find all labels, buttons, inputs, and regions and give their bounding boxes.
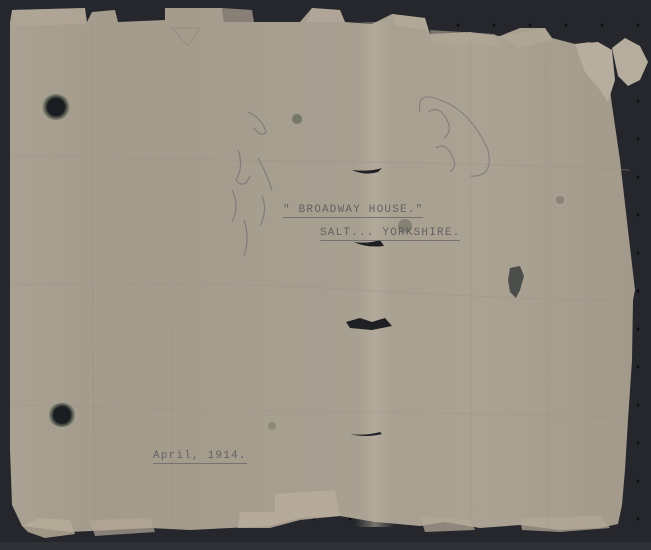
paper-shape	[0, 0, 651, 550]
document-sheet: " BROADWAY HOUSE." SALT... YORKSHIRE. Ap…	[0, 0, 651, 550]
punch-hole-top	[42, 94, 70, 120]
address-line-1: " BROADWAY HOUSE."	[283, 204, 423, 218]
punch-hole-bottom	[48, 403, 76, 427]
date-line: April, 1914.	[153, 450, 247, 464]
address-line-2: SALT... YORKSHIRE.	[320, 227, 460, 241]
